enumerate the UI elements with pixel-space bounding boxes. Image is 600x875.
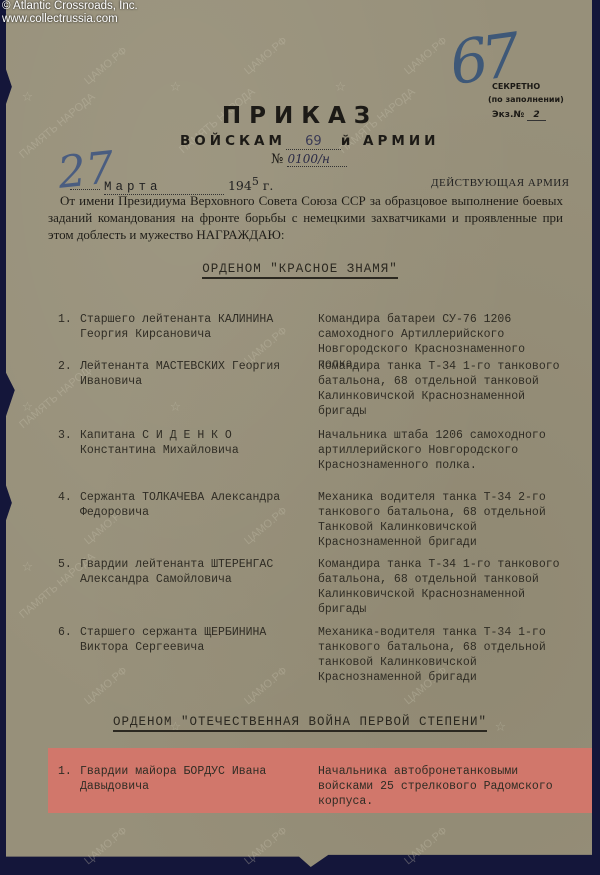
secret-label: СЕКРЕТНО (488, 80, 564, 93)
recipient-name: Сержанта ТОЛКАЧЕВА Александра Федоровича (80, 490, 305, 520)
intro-paragraph: От имени Президиума Верховного Совета Со… (48, 192, 563, 243)
section-title-patriotic-war: ОРДЕНОМ "ОТЕЧЕСТВЕННАЯ ВОЙНА ПЕРВОЙ СТЕП… (0, 715, 600, 729)
date-year-unit: г. (263, 178, 274, 193)
recipient-position: Начальника штаба 1206 самоходного артилл… (318, 428, 568, 473)
army-number: 69 (286, 134, 341, 150)
order-number: 0100/н (287, 152, 347, 167)
star-watermark-icon: ☆ (170, 75, 181, 97)
section-title-red-banner: ОРДЕНОМ "КРАСНОЕ ЗНАМЯ" (0, 262, 600, 276)
star-watermark-icon: ☆ (170, 395, 181, 417)
recipient-name: Старшего лейтенанта КАЛИНИНА Георгия Кир… (80, 312, 305, 342)
copyright-watermark: © Atlantic Crossroads, Inc. www.collectr… (2, 0, 138, 26)
order-number-line: № 0100/н (271, 152, 347, 167)
star-watermark-icon: ☆ (22, 395, 33, 417)
location-label: ДЕЙСТВУЮЩАЯ АРМИЯ (431, 177, 570, 189)
recipient-position: Командира танка Т-34 1-го танкового бата… (318, 557, 568, 617)
recipient-name: Капитана С И Д Е Н К О Константина Михай… (80, 428, 305, 458)
page-title: ПРИКАЗ (0, 103, 600, 129)
recipient-name: Старшего сержанта ЩЕРБИНИНА Виктора Серг… (80, 625, 305, 655)
star-watermark-icon: ☆ (335, 75, 346, 97)
recipient-position: Механика-водителя танка Т-34 1-го танков… (318, 625, 568, 685)
recipient-name: Гвардии майора БОРДУС Ивана Давыдовича (80, 764, 305, 794)
recipient-position: Механика водителя танка Т-34 2-го танков… (318, 490, 568, 550)
copyright-line-2: www.collectrussia.com (2, 13, 138, 26)
copyright-line-1: © Atlantic Crossroads, Inc. (2, 0, 138, 13)
army-line: ВОЙСКАМ69й АРМИИ (180, 133, 439, 150)
recipient-position: Командира танка Т-34 1-го танкового бата… (318, 359, 568, 419)
date-year-prefix: 194 (228, 178, 252, 193)
star-watermark-icon: ☆ (22, 555, 33, 577)
recipient-position: Начальника автобронетанковыми войсками 2… (318, 764, 568, 809)
date-year-suffix: 5 (252, 175, 259, 188)
recipient-name: Лейтенанта МАСТЕВСКИХ Георгия Ивановича (80, 359, 305, 389)
recipient-name: Гвардии лейтенанта ШТЕРЕНГАС Александра … (80, 557, 305, 587)
